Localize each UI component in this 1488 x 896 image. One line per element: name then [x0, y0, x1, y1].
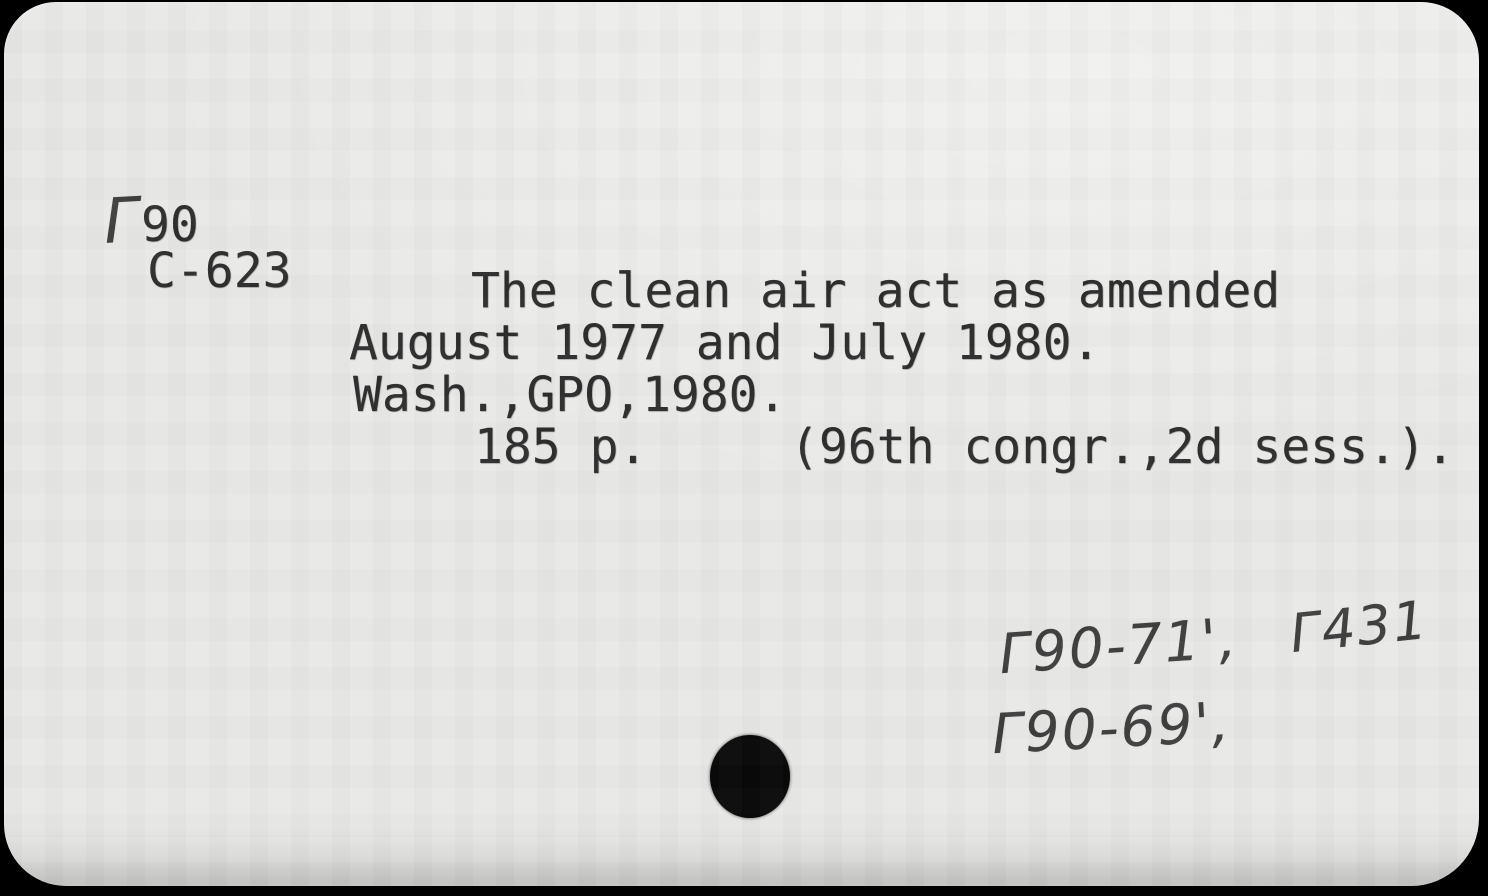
- dates-line: August 1977 and July 1980.: [349, 317, 1100, 369]
- collation-pages: 185 p.: [474, 421, 647, 473]
- library-catalog-card: Γ 90 C-623 The clean air act as amended …: [4, 2, 1479, 886]
- call-number-prefix: Γ: [102, 183, 142, 258]
- handwritten-shelf-annotation: Γ431: [1287, 590, 1431, 665]
- call-number-item: C-623: [147, 245, 292, 297]
- imprint-line: Wash.,GPO,1980.: [353, 369, 786, 421]
- handwritten-shelf-annotation: Γ90-69',: [990, 690, 1232, 766]
- title-line: The clean air act as amended: [471, 265, 1280, 317]
- scanned-card-photo: Γ 90 C-623 The clean air act as amended …: [0, 0, 1488, 896]
- hole-punch-dot: [710, 735, 790, 818]
- series-note: (96th congr.,2d sess.).: [790, 421, 1455, 473]
- handwritten-shelf-annotation: Γ90-71',: [997, 606, 1240, 687]
